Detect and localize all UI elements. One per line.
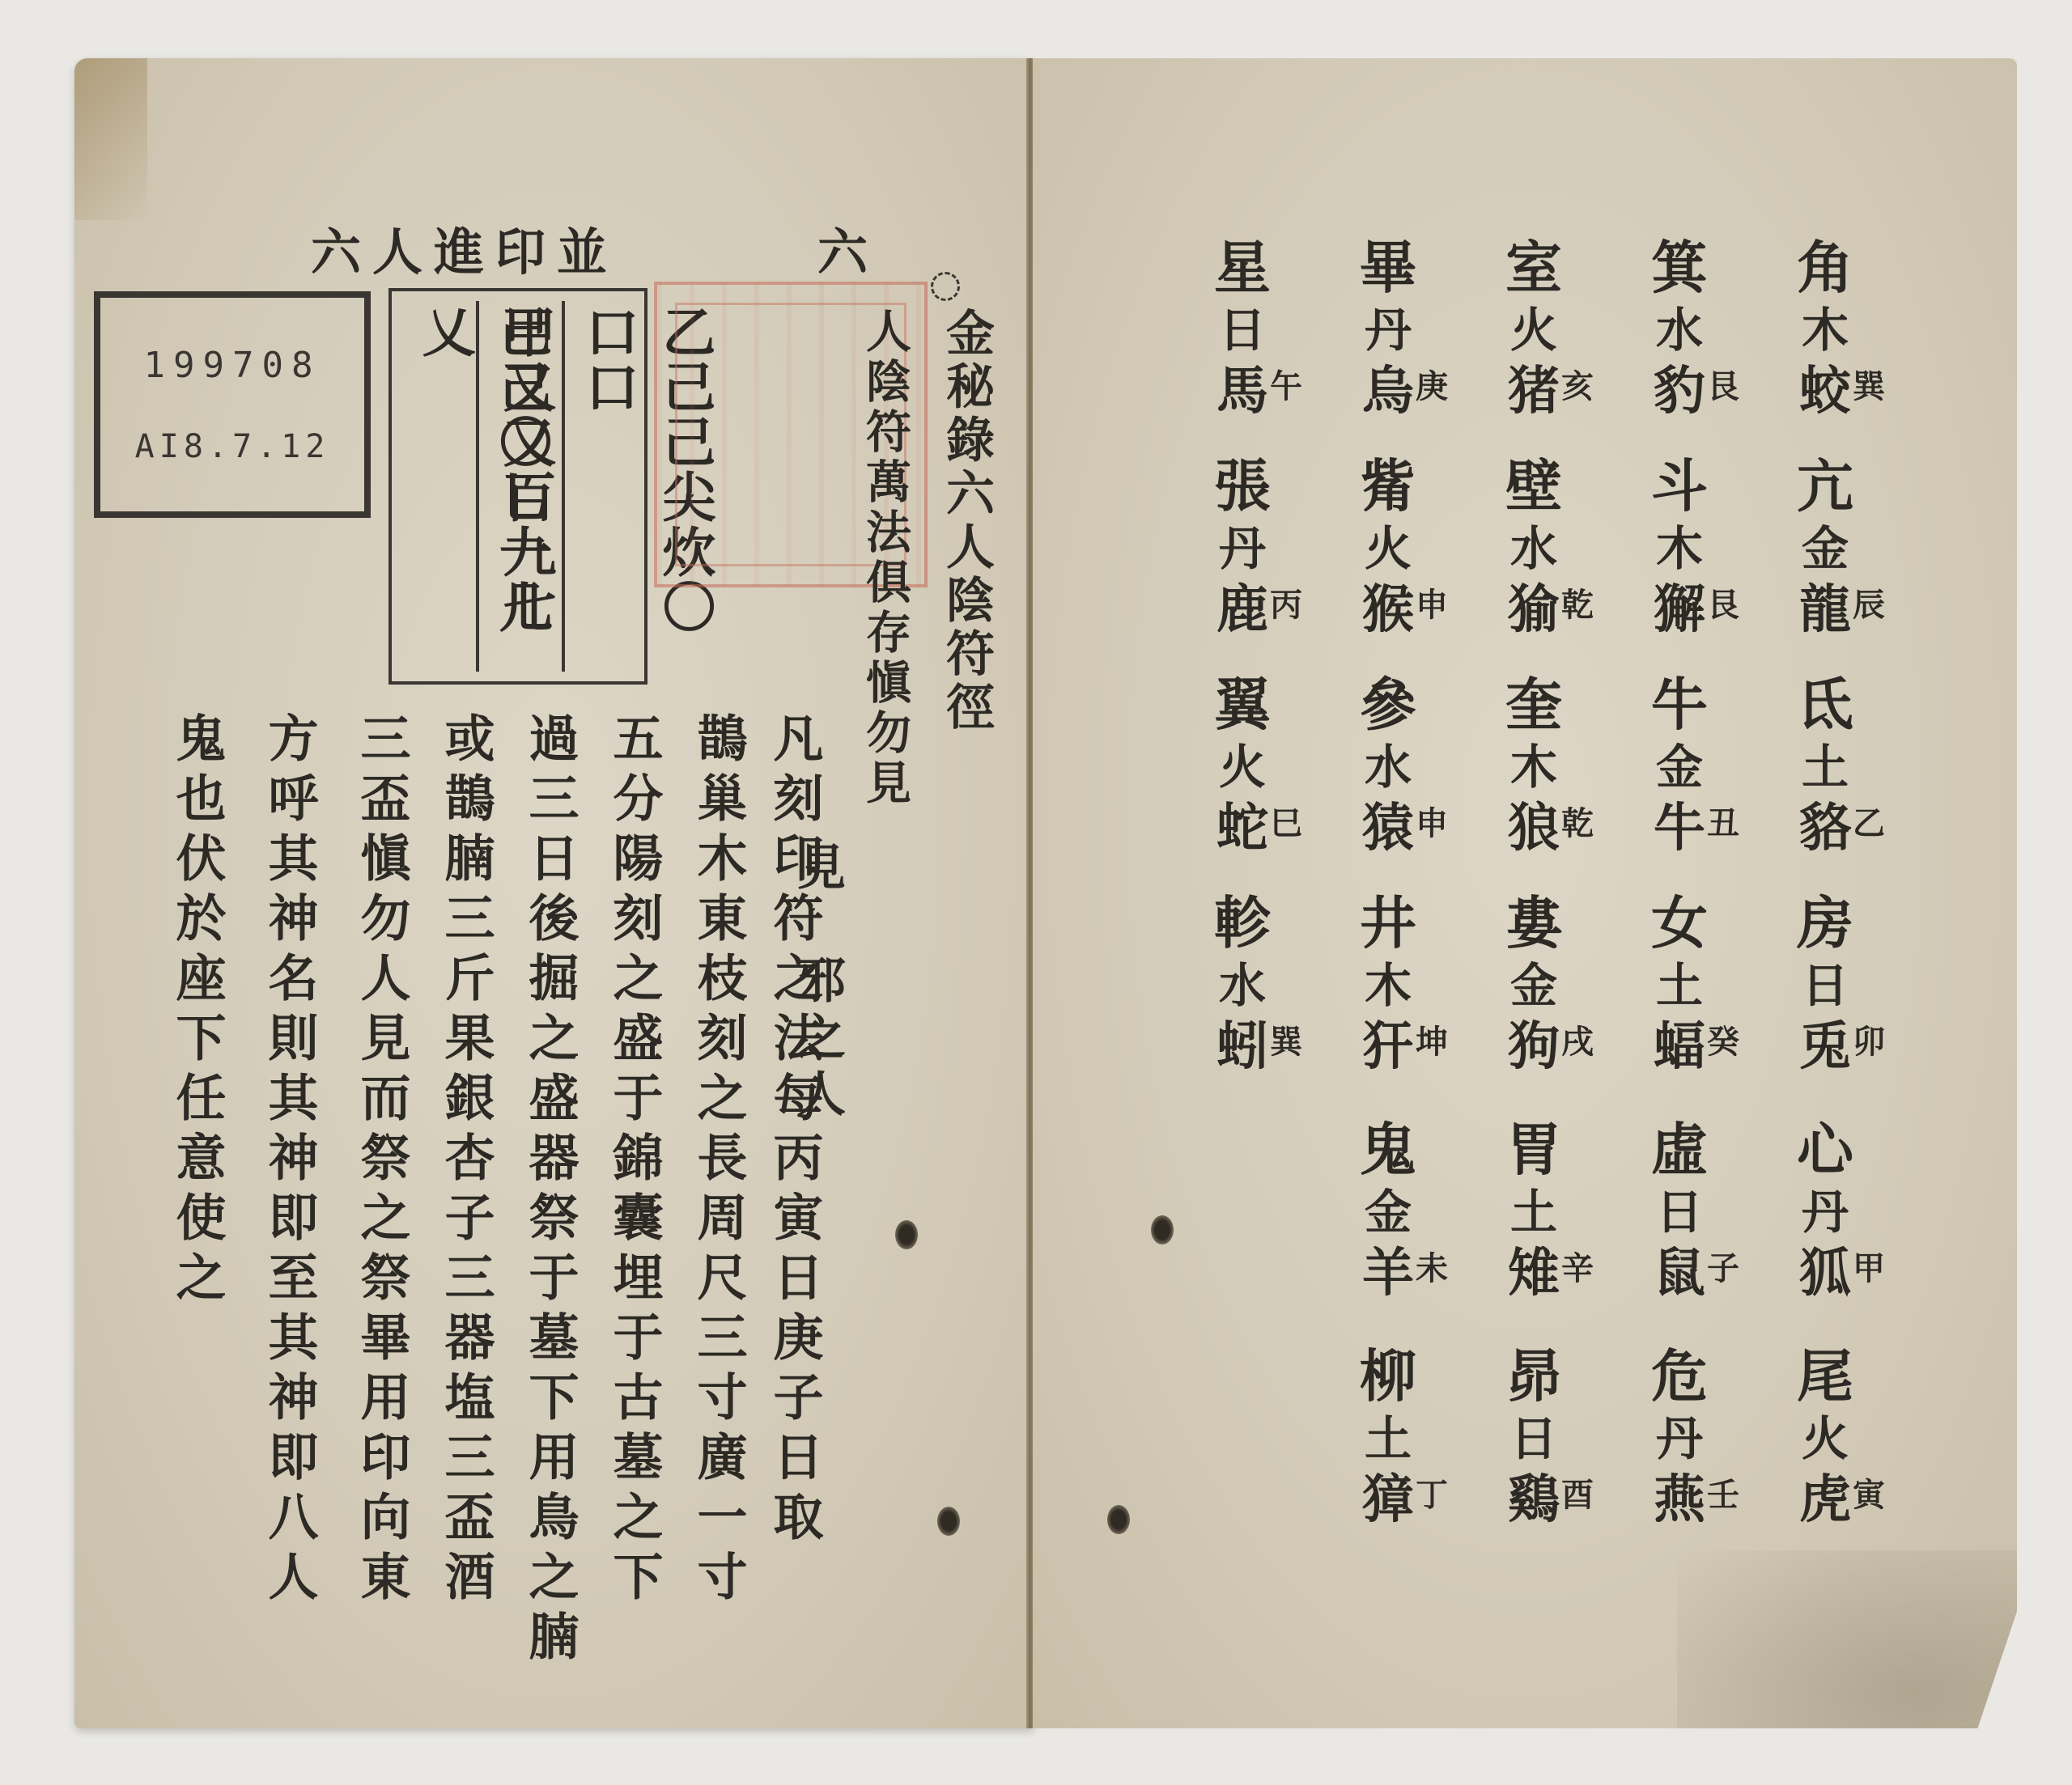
mansion-direction: 申	[1416, 791, 1448, 856]
mansion-cell: 室火猪亥	[1505, 235, 1562, 424]
mansion-direction: 丁	[1416, 1463, 1448, 1528]
mansion-name: 柳	[1360, 1343, 1416, 1410]
mansion-cell: 觜火猴申	[1360, 453, 1416, 642]
mansion-element: 丹	[1219, 519, 1266, 578]
mansion-name: 星	[1214, 235, 1271, 301]
mansion-element: 木	[1802, 301, 1849, 359]
mansion-element: 金	[1656, 738, 1703, 796]
mansion-cell: 心丹狐甲	[1797, 1117, 1853, 1306]
mansion-direction: 乾	[1561, 573, 1594, 638]
text-column: 方呼其神名則其神即至其神即八人	[264, 712, 314, 1610]
mansion-direction: 庚	[1416, 354, 1448, 419]
mansion-element: 金	[1802, 519, 1849, 578]
mansion-element: 日	[1219, 301, 1266, 359]
boxed-table: 乙己己尖炊〇口口 甲又又百九七 己己〇乚一几乂	[388, 288, 647, 685]
mansion-element: 土	[1365, 1410, 1412, 1468]
mansion-direction: 子	[1707, 1236, 1739, 1301]
mansion-cell: 井木犴坤	[1360, 890, 1416, 1079]
mansion-name: 參	[1360, 672, 1416, 738]
mansion-element: 水	[1510, 519, 1557, 578]
binding-hole	[1107, 1505, 1130, 1534]
mansion-direction: 寅	[1853, 1463, 1885, 1528]
mansion-direction: 戌	[1561, 1010, 1594, 1075]
mansion-element: 土	[1656, 956, 1703, 1015]
mansion-cell: 角木蛟巽	[1797, 235, 1853, 424]
mansion-element: 丹	[1365, 301, 1412, 359]
mansion-cell: 虛日鼠子	[1651, 1117, 1708, 1306]
mansion-cell: 畢丹烏庚	[1360, 235, 1416, 424]
mansion-animal: 烏庚	[1362, 359, 1414, 424]
page-header-title: 六人進印並	[311, 212, 618, 284]
mansion-name: 觜	[1360, 453, 1416, 519]
mansion-name: 氐	[1797, 672, 1853, 738]
text-column: 凡刻印符之法每丙寅日庚子日取	[769, 712, 819, 1550]
mansion-animal: 牛丑	[1654, 796, 1705, 861]
mansion-animal: 龍辰	[1799, 578, 1851, 642]
mansion-cell: 牛金牛丑	[1651, 672, 1708, 861]
mansion-animal: 蝠癸	[1654, 1015, 1705, 1079]
mansion-cell: 斗木獬艮	[1651, 453, 1708, 642]
mansion-cell: 危丹燕壬	[1651, 1343, 1708, 1533]
mansion-element: 火	[1219, 738, 1266, 796]
mansion-animal: 狐甲	[1799, 1241, 1851, 1306]
mansion-direction: 坤	[1416, 1010, 1448, 1075]
mansion-direction: 乙	[1853, 791, 1885, 856]
mansion-element: 丹	[1656, 1410, 1703, 1468]
mansion-direction: 巽	[1270, 1010, 1302, 1075]
mansion-cell: 女土蝠癸	[1651, 890, 1708, 1079]
mansion-animal: 犴坤	[1362, 1015, 1414, 1079]
mansion-element: 日	[1802, 956, 1849, 1015]
stamp-accession-number: 199708	[144, 345, 321, 386]
mansion-direction: 甲	[1853, 1236, 1885, 1301]
mansion-name: 箕	[1651, 235, 1708, 301]
mansion-animal: 虎寅	[1799, 1468, 1851, 1533]
mansion-name: 壁	[1505, 453, 1562, 519]
mansion-animal: 猪亥	[1508, 359, 1560, 424]
mansion-animal: 鹿丙	[1216, 578, 1268, 642]
mansion-animal: 馬午	[1216, 359, 1268, 424]
mansion-element: 水	[1365, 738, 1412, 796]
mansion-name: 張	[1214, 453, 1271, 519]
binding-hole	[895, 1220, 918, 1249]
mansion-name: 井	[1360, 890, 1416, 956]
mansion-animal: 羊未	[1362, 1241, 1414, 1306]
text-column: 金秘錄六人陰符徑	[942, 307, 991, 735]
library-stamp: 199708 AI8.7.12	[94, 291, 371, 518]
mansion-direction: 巽	[1853, 354, 1885, 419]
mansion-animal: 鼠子	[1654, 1241, 1705, 1306]
mansion-element: 水	[1656, 301, 1703, 359]
mansion-animal: 猴申	[1362, 578, 1414, 642]
mansion-direction: 丑	[1707, 791, 1739, 856]
mansion-cell: 尾火虎寅	[1797, 1343, 1853, 1533]
mansion-animal: 狼乾	[1508, 796, 1560, 861]
mansion-direction: 亥	[1561, 354, 1594, 419]
mansion-direction: 艮	[1707, 354, 1739, 419]
mansion-element: 金	[1510, 956, 1557, 1015]
text-column: 人陰符萬法俱存愼勿見	[863, 307, 908, 809]
mansion-name: 鬼	[1360, 1117, 1416, 1183]
mansion-name: 奎	[1505, 672, 1562, 738]
mansion-name: 昴	[1505, 1343, 1562, 1410]
page-header-number: 六	[817, 212, 879, 284]
mansion-animal: 雉辛	[1508, 1241, 1560, 1306]
mansion-direction: 丙	[1270, 573, 1302, 638]
mansion-animal: 豹艮	[1654, 359, 1705, 424]
binding-hole	[937, 1507, 960, 1536]
mansion-direction: 辛	[1561, 1236, 1594, 1301]
mansion-element: 木	[1656, 519, 1703, 578]
mansion-animal: 獐丁	[1362, 1468, 1414, 1533]
mansion-name: 房	[1797, 890, 1853, 956]
text-column: 鵲巢木東枝刻之長周尺三寸廣一寸	[693, 712, 743, 1610]
text-column: 或鵲腩三斤果銀杏子三器塩三盃酒	[440, 712, 490, 1610]
mansion-name: 翼	[1214, 672, 1271, 738]
mansion-direction: 癸	[1707, 1010, 1739, 1075]
mansion-element: 火	[1510, 301, 1557, 359]
mansion-animal: 狗戌	[1508, 1015, 1560, 1079]
mansion-element: 日	[1656, 1183, 1703, 1241]
mansion-name: 女	[1651, 890, 1708, 956]
mansion-direction: 午	[1270, 354, 1302, 419]
mansion-cell: 箕水豹艮	[1651, 235, 1708, 424]
mansion-animal: 㺄乾	[1508, 578, 1560, 642]
mansion-direction: 酉	[1561, 1463, 1594, 1528]
mansion-name: 畢	[1360, 235, 1416, 301]
mansion-direction: 巳	[1270, 791, 1302, 856]
mansion-element: 木	[1365, 956, 1412, 1015]
mansion-cell: 張丹鹿丙	[1214, 453, 1271, 642]
table-column: 己己〇乚一几乂	[406, 304, 560, 681]
mansion-name: 室	[1505, 235, 1562, 301]
mansion-animal: 猿申	[1362, 796, 1414, 861]
mansion-direction: 辰	[1853, 573, 1885, 638]
mansion-cell: 亢金龍辰	[1797, 453, 1853, 642]
mansion-element: 水	[1219, 956, 1266, 1015]
mansion-direction: 申	[1416, 573, 1448, 638]
mansion-direction: 乾	[1561, 791, 1594, 856]
mansion-animal: 兎卯	[1799, 1015, 1851, 1079]
mansion-cell: 壁水㺄乾	[1505, 453, 1562, 642]
mansion-animal: 燕壬	[1654, 1468, 1705, 1533]
mansion-name: 尾	[1797, 1343, 1853, 1410]
mansion-direction: 未	[1416, 1236, 1448, 1301]
binding-hole	[1151, 1215, 1174, 1244]
mansion-animal: 鷄酉	[1508, 1468, 1560, 1533]
text-column: 鬼也伏於座下任意使之	[172, 712, 222, 1311]
mansion-element: 日	[1510, 1410, 1557, 1468]
mansion-name: 虛	[1651, 1117, 1708, 1183]
mansion-name: 心	[1797, 1117, 1853, 1183]
mansion-element: 土	[1510, 1183, 1557, 1241]
mansion-element: 金	[1365, 1183, 1412, 1241]
mansion-cell: 胃土雉辛	[1505, 1117, 1562, 1306]
text-column: 五分陽刻之盛于錦囊埋于古墓之下	[609, 712, 659, 1610]
mansion-cell: 翼火蛇巳	[1214, 672, 1271, 861]
mansion-direction: 卯	[1853, 1010, 1885, 1075]
mansion-element: 火	[1802, 1410, 1849, 1468]
stamp-date: AI8.7.12	[135, 428, 330, 465]
mansion-element: 土	[1802, 738, 1849, 796]
circle-mark-icon	[931, 272, 960, 301]
mansion-name: 危	[1651, 1343, 1708, 1410]
mansion-cell: 奎木狼乾	[1505, 672, 1562, 861]
mansion-element: 木	[1510, 738, 1557, 796]
mansion-direction: 艮	[1707, 573, 1739, 638]
book-spread: 六人進印並 六 199708 AI8.7.12 乙己己尖炊〇口口 甲又又百九七 …	[0, 0, 2072, 1785]
mansion-cell: 婁金狗戌	[1505, 890, 1562, 1079]
mansion-cell: 星日馬午	[1214, 235, 1271, 424]
mansion-animal: 貉乙	[1799, 796, 1851, 861]
mansion-cell: 鬼金羊未	[1360, 1117, 1416, 1306]
mansion-name: 胃	[1505, 1117, 1562, 1183]
mansion-cell: 參水猿申	[1360, 672, 1416, 861]
mansion-name: 軫	[1214, 890, 1271, 956]
mansion-name: 亢	[1797, 453, 1853, 519]
mansion-element: 火	[1365, 519, 1412, 578]
mansion-animal: 蛟巽	[1799, 359, 1851, 424]
mansion-name: 斗	[1651, 453, 1708, 519]
text-column: 三盃愼勿人見而祭之祭畢用印向東	[356, 712, 406, 1610]
mansion-cell: 昴日鷄酉	[1505, 1343, 1562, 1533]
mansion-cell: 軫水蚓巽	[1214, 890, 1271, 1079]
mansion-cell: 房日兎卯	[1797, 890, 1853, 1079]
mansion-cell: 氐土貉乙	[1797, 672, 1853, 861]
mansion-name: 角	[1797, 235, 1853, 301]
mansion-element: 丹	[1802, 1183, 1849, 1241]
mansion-cell: 柳土獐丁	[1360, 1343, 1416, 1533]
mansion-direction: 壬	[1707, 1463, 1739, 1528]
mansion-animal: 蚓巽	[1216, 1015, 1268, 1079]
mansion-name: 牛	[1651, 672, 1708, 738]
mansion-animal: 獬艮	[1654, 578, 1705, 642]
text-column: 過三日後掘之盛器祭于墓下用鳥之腩	[524, 712, 575, 1670]
mansion-name: 婁	[1505, 890, 1562, 956]
mansion-animal: 蛇巳	[1216, 796, 1268, 861]
